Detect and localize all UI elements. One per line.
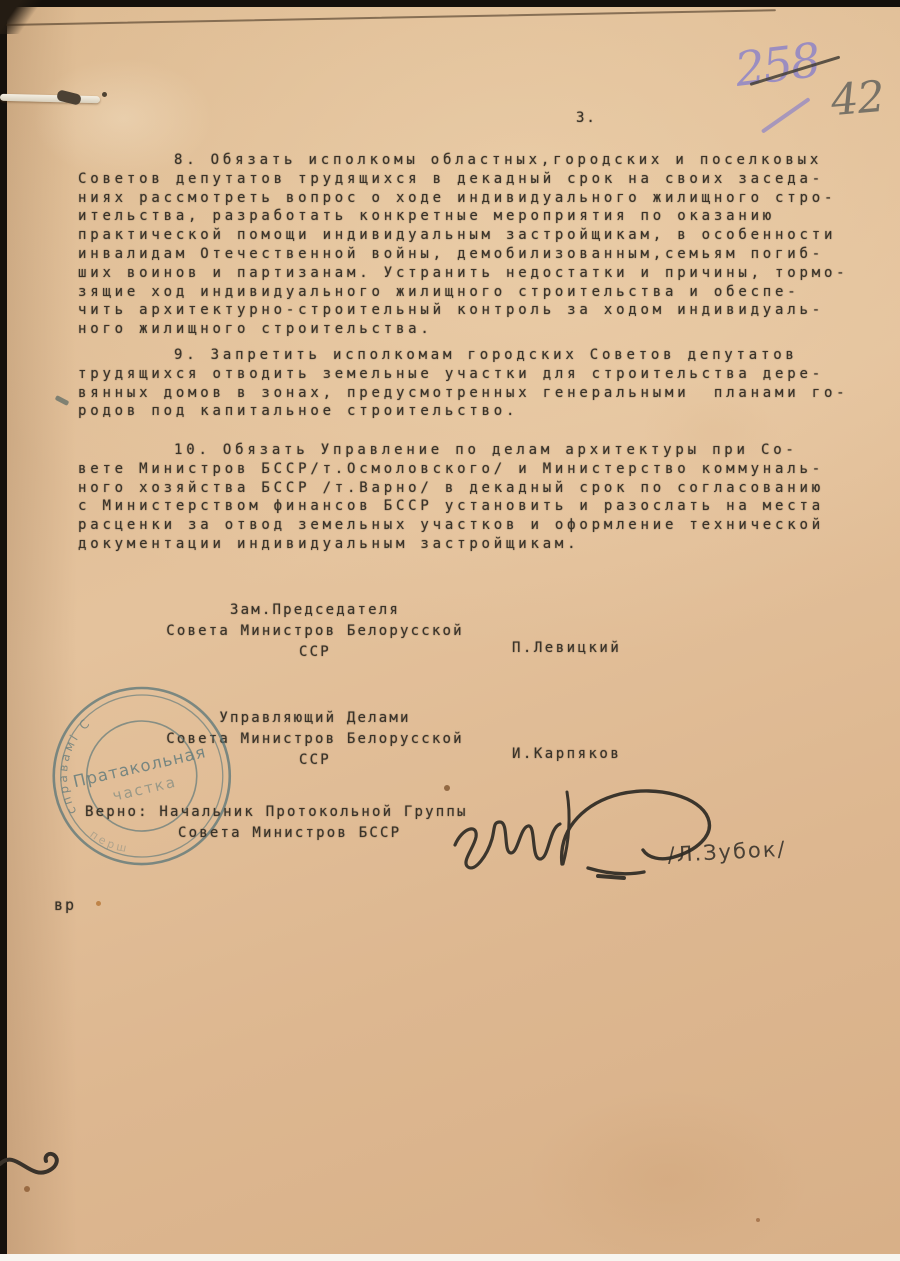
text-line: 8. Обязать исполкомы областных,городских…	[78, 151, 848, 170]
round-stamp-icon: справамі С перш Пратакольная частка	[35, 669, 249, 887]
text-line: ного хозяйства БССР /т.Варно/ в декадный…	[78, 479, 824, 498]
text-line: 9. Запретить исполкомам городских Совето…	[78, 346, 848, 365]
text-line: практической помощи индивидуальным застр…	[78, 226, 848, 245]
paragraph-10: 10. Обязать Управление по делам архитект…	[78, 441, 824, 554]
text-line: расценки за отвод земельных участков и о…	[78, 516, 824, 535]
certification-line1: Верно: Начальник Протокольной Группы	[85, 804, 468, 820]
text-line: вете Министров БССР/т.Осмоловского/ и Ми…	[78, 460, 824, 479]
handwritten-signature: /Л.Зубок/	[430, 772, 810, 887]
affairs-manager-name: И.Карпяков	[512, 746, 621, 762]
text-line: ших воинов и партизанам. Устранить недос…	[78, 264, 848, 283]
paragraph-9: 9. Запретить исполкомам городских Совето…	[78, 346, 848, 421]
handwritten-page-number: 42	[829, 72, 886, 126]
paper-speck	[102, 92, 107, 97]
text-line: Советов депутатов трудящихся в декадный …	[78, 170, 848, 189]
text-line: ного жилищного строительства.	[78, 320, 848, 339]
text-line: вянных домов в зонах, предусмотренных ге…	[78, 384, 848, 403]
deputy-chairman-title: Зам.Председателя Совета Министров Белору…	[150, 600, 480, 663]
text-line: зящие ход индивидуального жилищного стро…	[78, 283, 848, 302]
paper-speck	[756, 1218, 760, 1222]
text-line: 10. Обязать Управление по делам архитект…	[78, 441, 824, 460]
typist-initials: вр	[54, 896, 76, 914]
text-line: трудящихся отводить земельные участки дл…	[78, 365, 848, 384]
page-number: 3.	[576, 110, 597, 126]
photo-bottom-edge	[0, 1254, 900, 1261]
title-line: Совета Министров Белорусской	[150, 621, 480, 642]
paper-speck	[24, 1186, 30, 1192]
binding-thread-bottom-icon	[0, 1142, 72, 1188]
scanned-document-photo: 258 42 3. 8. Обязать исполкомы областных…	[0, 0, 900, 1261]
text-line: ительства, разработать конкретные меропр…	[78, 207, 848, 226]
text-line: документации индивидуальным застройщикам…	[78, 535, 824, 554]
text-line: инвалидам Отечественной войны, демобилиз…	[78, 245, 848, 264]
paragraph-8: 8. Обязать исполкомы областных,городских…	[78, 151, 848, 339]
deputy-chairman-name: П.Левицкий	[512, 640, 621, 656]
title-line: Зам.Председателя	[150, 600, 480, 621]
certification-line2: Совета Министров БССР	[178, 825, 401, 841]
photo-left-edge	[0, 0, 7, 1261]
paper-speck	[96, 901, 101, 906]
signature-name: /Л.Зубок/	[667, 837, 787, 867]
photo-top-edge	[0, 0, 900, 7]
title-line: ССР	[150, 642, 480, 663]
text-line: ниях рассмотреть вопрос о ходе индивидуа…	[78, 189, 848, 208]
text-line: чить архитектурно-строительный контроль …	[78, 301, 848, 320]
damaged-corner	[0, 0, 46, 34]
text-line: родов под капитальное строительство.	[78, 402, 848, 421]
text-line: с Министерством финансов БССР установить…	[78, 497, 824, 516]
